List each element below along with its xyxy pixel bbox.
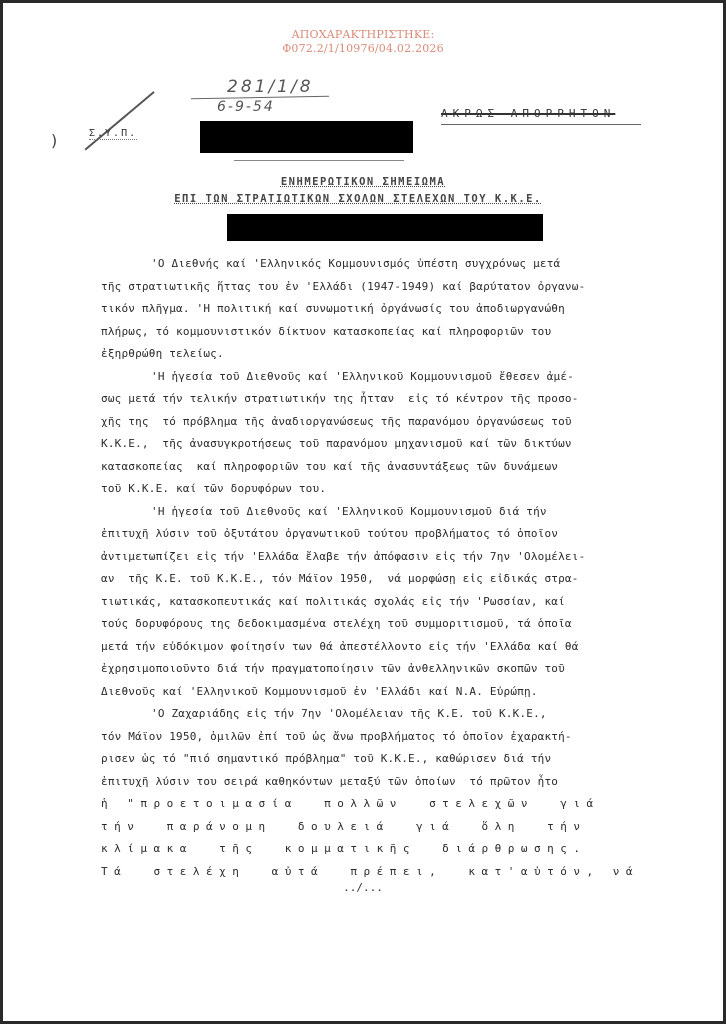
body-line: αν τῆς Κ.Ε. τοῦ Κ.Κ.Ε., τόν Μάϊον 1950, … xyxy=(101,568,671,591)
body-line: χῆς της τό πρόβλημα τῆς ἀναδιοργανώσεως … xyxy=(101,411,671,434)
body-line: κλίμακα τῆς κομματικῆς διάρθρωσης. xyxy=(101,838,671,861)
document-body: 'Ο Διεθνής καί 'Ελληνικός Κομμουνισμός ὑ… xyxy=(101,253,671,883)
body-line: τήν παράνομη δουλειά γιά ὅλη τήν xyxy=(101,816,671,839)
declassification-stamp: ΑΠΟΧΑΡΑΚΤΗΡΙΣΤΗΚΕ: Φ072.2/1/10976/04.02.… xyxy=(3,28,723,56)
body-line: 'Ο Διεθνής καί 'Ελληνικός Κομμουνισμός ὑ… xyxy=(101,253,671,276)
body-line: τῆς στρατιωτικῆς ἥττας του ἐν 'Ελλάδι (1… xyxy=(101,276,671,299)
originator-label: Σ.Υ.Π. xyxy=(89,128,137,140)
body-line: ἐπιτυχῆ λύσιν του σειρά καθηκόντων μεταξ… xyxy=(101,771,671,794)
handwritten-date: 6-9-54 xyxy=(203,98,329,116)
body-line: ἐχρησιμοποιοῦντο διά τήν πραγματοποίησιν… xyxy=(101,658,671,681)
body-line: Διεθνοῦς καί 'Ελληνικοῦ Κομμουνισμοῦ ἐν … xyxy=(101,681,671,704)
document-subtitle: ΕΠΙ ΤΩΝ ΣΤΡΑΤΙΩΤΙΚΩΝ ΣΧΟΛΩΝ ΣΤΕΛΕΧΩΝ ΤΟΥ… xyxy=(3,193,723,205)
body-line: ἡ "προετοιμασία πολλῶν στελεχῶν γιά xyxy=(101,793,671,816)
handwritten-file-number: 281/1/8 xyxy=(203,77,329,97)
body-line: 'Ο Ζαχαριάδης εἰς τήν 7ην 'Ολομέλειαν τῆ… xyxy=(101,703,671,726)
body-line: πλήρως, τό κομμουνιστικόν δίκτυον κατασκ… xyxy=(101,321,671,344)
body-line: Τά στελέχη αὐτά πρέπει, κατ'αὐτόν, νά xyxy=(101,861,671,884)
body-line: τικόν πλῆγμα. 'Η πολιτική καί συνωμοτική… xyxy=(101,298,671,321)
body-line: τοῦ Κ.Κ.Ε. καί τῶν δορυφόρων του. xyxy=(101,478,671,501)
declassification-label: ΑΠΟΧΑΡΑΚΤΗΡΙΣΤΗΚΕ: xyxy=(3,28,723,42)
classification-stamp: ΑΚΡΩΣ ΑΠΟΡΡΗΤΟΝ xyxy=(441,107,615,120)
redaction-block-1 xyxy=(200,121,413,153)
body-line: τόν Μάϊον 1950, ὁμιλῶν ἐπί τοῦ ὡς ἄνω πρ… xyxy=(101,726,671,749)
body-line: κατασκοπείας καί πληροφοριῶν του καί τῆς… xyxy=(101,456,671,479)
body-line: ἀντιμετωπίζει εἰς τήν 'Ελλάδα ἔλαβε τήν … xyxy=(101,546,671,569)
body-line: 'Η ἡγεσία τοῦ Διεθνοῦς καί 'Ελληνικοῦ Κο… xyxy=(101,366,671,389)
underline-rule xyxy=(234,160,404,161)
body-line: Κ.Κ.Ε., τῆς ἀνασυγκροτήσεως τοῦ παρανόμο… xyxy=(101,433,671,456)
diagonal-pen-stroke xyxy=(84,91,154,150)
continuation-mark: ../... xyxy=(3,881,723,894)
body-line: μετά τήν εὐδόκιμον φοίτησίν των θά ἀπεστ… xyxy=(101,636,671,659)
document-title: ΕΝΗΜΕΡΩΤΙΚΟΝ ΣΗΜΕΙΩΜΑ xyxy=(3,176,723,188)
body-line: τιωτικάς, κατασκοπευτικάς καί πολιτικάς … xyxy=(101,591,671,614)
handwritten-reference: 281/1/8 6-9-54 xyxy=(203,77,329,116)
classification-underline xyxy=(441,124,641,125)
declassification-reference: Φ072.2/1/10976/04.02.2026 xyxy=(3,42,723,56)
body-line: σως μετά τήν τελικήν στρατιωτικήν της ἧτ… xyxy=(101,388,671,411)
redaction-block-2 xyxy=(227,214,543,241)
body-line: ἐξηρθρώθη τελείως. xyxy=(101,343,671,366)
body-line: τούς δορυφόρους της δεδοκιμασμένα στελέχ… xyxy=(101,613,671,636)
body-line: 'Η ἡγεσία τοῦ Διεθνοῦς καί 'Ελληνικοῦ Κο… xyxy=(101,501,671,524)
document-page: ΑΠΟΧΑΡΑΚΤΗΡΙΣΤΗΚΕ: Φ072.2/1/10976/04.02.… xyxy=(3,3,723,1021)
body-line: ρισεν ὡς τό "πιό σημαντικό πρόβλημα" τοῦ… xyxy=(101,748,671,771)
margin-mark: ) xyxy=(51,131,57,150)
body-line: ἐπιτυχῆ λύσιν τοῦ ὀξυτάτου ὀργανωτικοῦ τ… xyxy=(101,523,671,546)
